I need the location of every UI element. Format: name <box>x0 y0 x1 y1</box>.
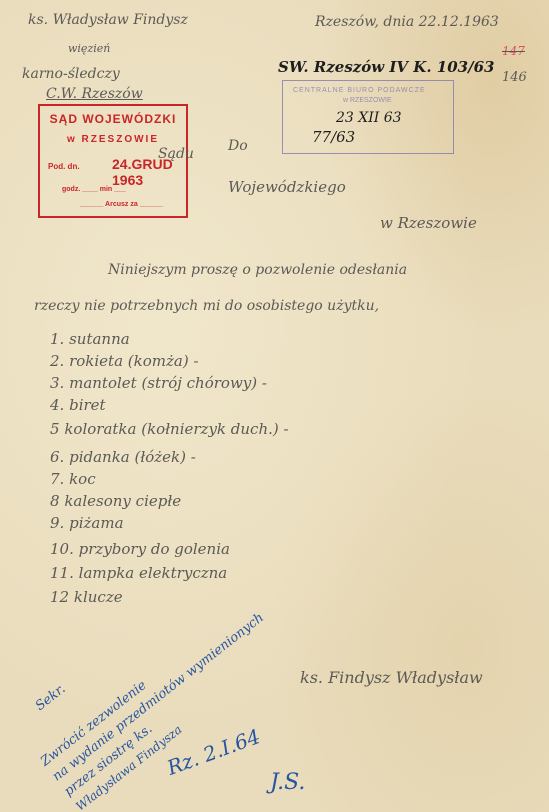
sender-category: karno-śledczy <box>22 66 120 82</box>
addressee-line1: Wojewódzkiego <box>228 178 346 196</box>
list-item: 3. mantolet (strój chórowy) - <box>50 374 267 392</box>
resolution-line4: Władysława Findysza <box>73 640 289 812</box>
list-item: 5 koloratka (kołnierzyk duch.) - <box>50 420 289 438</box>
sender-name: ks. Władysław Findysz <box>28 12 188 28</box>
addressee-prefix: Do <box>228 138 248 154</box>
list-item: 6. pidanka (łóżek) - <box>50 448 196 466</box>
body-line2: rzeczy nie potrzebnych mi do osobistego … <box>34 298 379 314</box>
list-item: 10. przybory do golenia <box>50 540 230 558</box>
list-item: 2. rokieta (komża) - <box>50 352 199 370</box>
list-item: 8 kalesony ciepłe <box>50 492 181 510</box>
addressee-annotation: Sądu <box>158 146 194 162</box>
list-item: 4. biret <box>50 396 106 414</box>
resolution-note: Sekr. Zwrócić zezwolenie na wydanie prze… <box>40 598 293 812</box>
registry-stamp-city: w RZESZOWIE <box>343 97 392 104</box>
stamp-court-name: SĄD WOJEWÓDZKI <box>40 112 186 126</box>
registry-number: 77/63 <box>312 128 355 146</box>
resolution-initials: J.S. <box>270 770 305 795</box>
registry-date: 23 XII 63 <box>336 110 402 126</box>
case-reference: SW. Rzeszów IV K. 103/63 <box>278 58 494 76</box>
list-item: 7. koc <box>50 470 96 488</box>
stamp-received-label: Pod. dn. <box>48 162 80 171</box>
sender-status: więzień <box>68 42 110 55</box>
body-line1: Niniejszym proszę o pozwolenie odesłania <box>108 262 407 278</box>
page-number: 146 <box>502 70 527 85</box>
stamp-hour-field: godz. ____ min ___ <box>62 186 126 193</box>
resolution-line2: na wydanie przedmiotów wymienionych <box>50 610 267 784</box>
stamp-attachments-field: ______ Arcusz za ______ <box>80 201 163 208</box>
stamp-court-city: w RZESZOWIE <box>40 134 186 145</box>
list-item: 9. piżama <box>50 514 124 532</box>
registry-stamp-title: CENTRALNE BIURO PODAWCZE <box>293 87 426 94</box>
signature: ks. Findysz Władysław <box>300 668 483 687</box>
addressee-line2: w Rzeszowie <box>380 214 477 232</box>
sender-institution: C.W. Rzeszów <box>46 86 143 102</box>
page-number-struck: 147 <box>502 44 525 58</box>
place-date: Rzeszów, dnia 22.12.1963 <box>315 14 499 30</box>
list-item: 12 klucze <box>50 588 123 606</box>
list-item: 1. sutanna <box>50 330 130 348</box>
